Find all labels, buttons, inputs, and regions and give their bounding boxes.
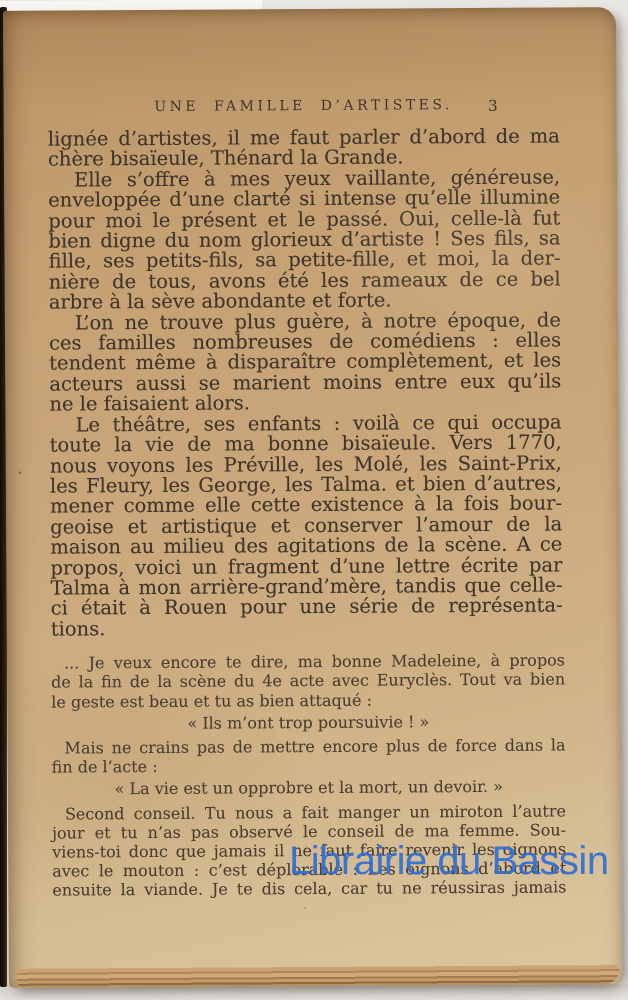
paragraph: ... Je veux encore te dire, ma bonne Mad… [51,651,565,712]
body-text-block: lignée d’artistes, il me faut parler d’a… [48,126,563,639]
paragraph: Mais ne crains pas de mettre encore plus… [51,735,565,777]
quoted-verse: « La vie est un opprobre et la mort, un … [52,777,566,799]
page-header: UNE FAMILLE D’ARTISTES. 3 [48,96,560,115]
page-bottom-edges [17,963,619,988]
paragraph: Elle s’offre à mes yeux vaillante, génér… [48,167,561,313]
text-line: acteurs aussi se marient moins entre eux… [49,371,561,395]
text-line: ci était à Rouen pour une série de repré… [51,596,563,620]
paragraph: lignée d’artistes, il me faut parler d’a… [48,126,560,170]
text-line: « Ils m’ont trop poursuivie ! » [51,711,565,733]
page-number: 3 [488,97,498,115]
text-line: fin de l’acte : [52,755,566,777]
running-title: UNE FAMILLE D’ARTISTES. [154,97,453,115]
paragraph: L’on ne trouve plus guère, à notre époqu… [49,310,562,415]
text-line: Mais ne crains pas de mettre encore plus… [51,735,565,757]
text-line: de la fin de la scène du 4e acte avec Eu… [51,670,565,692]
text-line: tions. [51,616,563,640]
text-line: le geste est beau et tu as bien attaqué … [51,689,565,711]
quoted-verse: « Ils m’ont trop poursuivie ! » [51,711,565,733]
paragraph: Le théâtre, ses enfants : voilà ce qui o… [49,412,562,640]
book-photo: UNE FAMILLE D’ARTISTES. 3 lignée d’artis… [0,0,628,1000]
text-line: « La vie est un opprobre et la mort, un … [52,777,566,799]
seller-watermark: Librairie du Bassin [289,841,609,881]
